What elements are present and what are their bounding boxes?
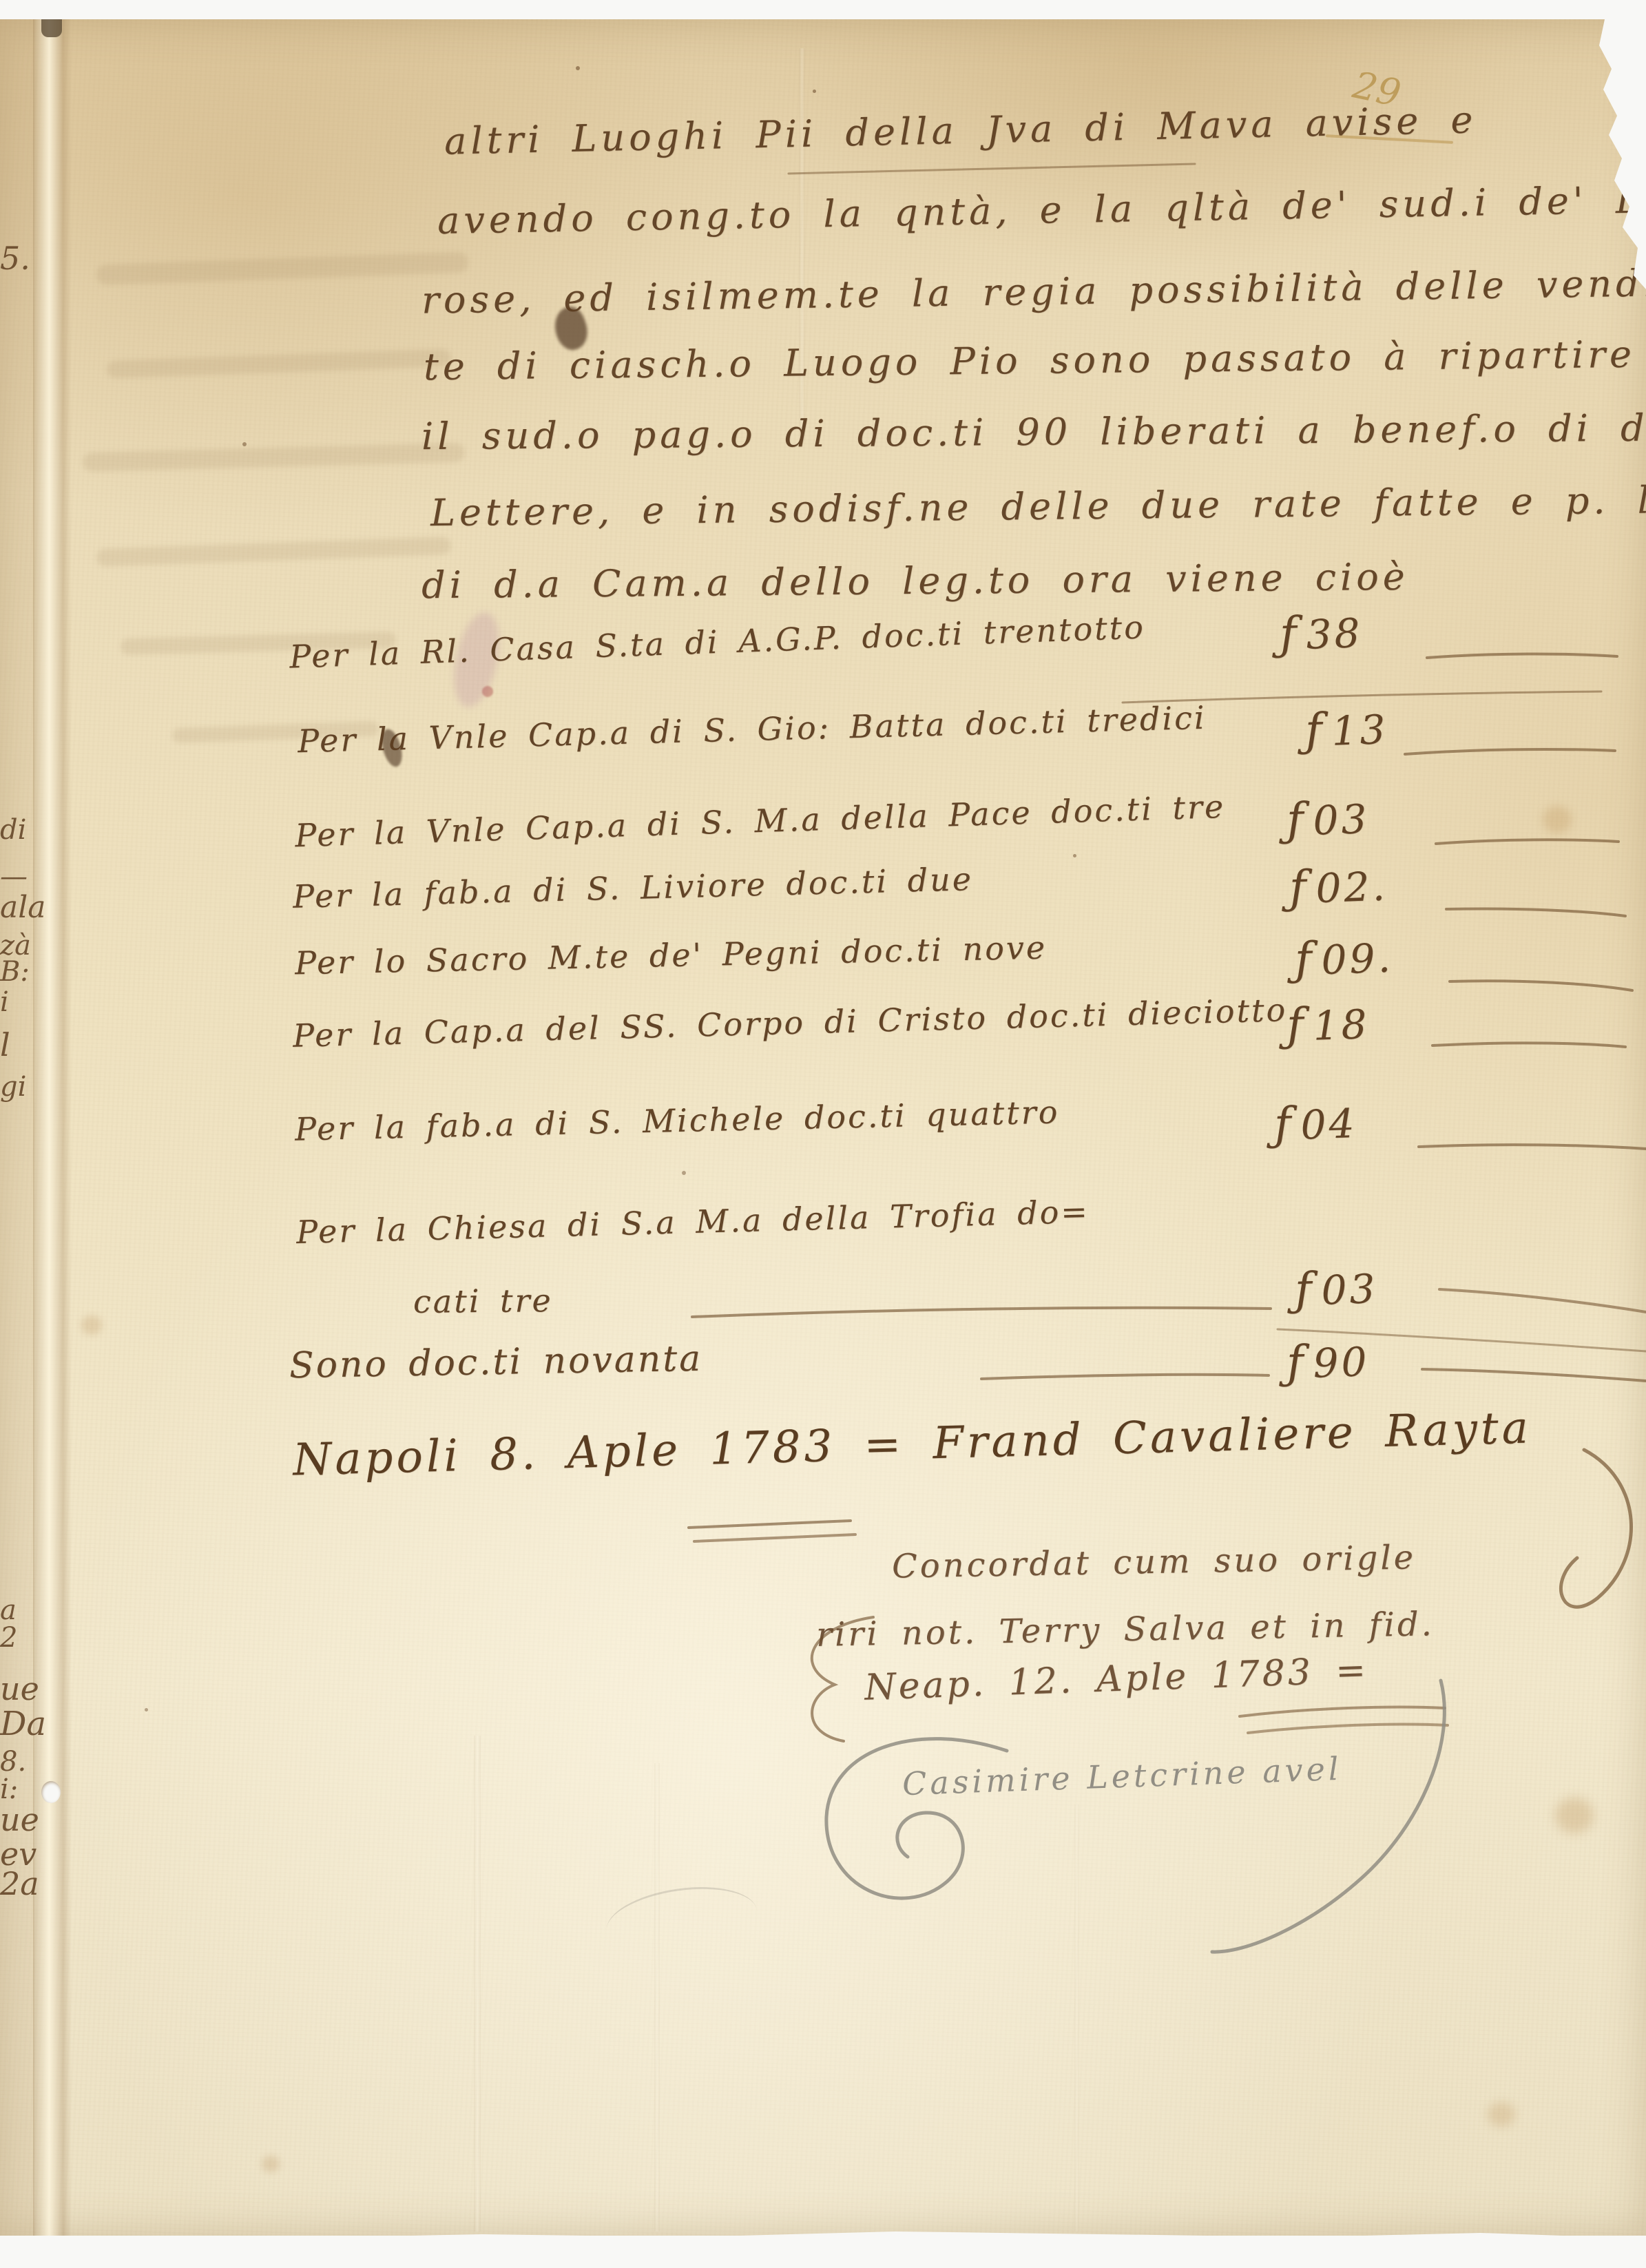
fold-crease [1074,1804,1079,2231]
fold-crease [474,1736,481,2231]
florin-symbol: ƒ [1294,933,1315,986]
florin-symbol: ƒ [1273,1097,1295,1151]
ledger-entry-amount: ƒ13 [1304,701,1389,757]
bottom-edge-wave [0,2231,1646,2268]
florin-symbol: ƒ [1286,998,1307,1052]
florin-symbol: ƒ [1286,793,1307,846]
ledger-entry-amount: ƒ04 [1273,1095,1358,1151]
florin-symbol: ƒ [1304,703,1326,757]
paper-speck [145,1708,148,1712]
ledger-entry-amount: ƒ02. [1289,858,1388,915]
foxing-spot [1488,2102,1515,2127]
scan-canvas: 5. di — ala zà B: i l gi a 2 ue Da 8. i:… [0,0,1646,2268]
margin-fragment: Da [0,1705,50,1743]
foxing-spot [1543,806,1572,833]
paper-speck [813,90,816,93]
amount-value: 90 [1312,1338,1370,1387]
florin-symbol: ƒ [1286,1335,1307,1389]
margin-fragment: gi [0,1071,50,1103]
foxing-spot [81,1315,102,1335]
margin-fragment: di [0,814,50,846]
ledger-entry-amount: ƒ03 [1294,1260,1379,1316]
margin-fragment: — [0,861,50,893]
fold-crease [654,1763,660,2231]
scan-margin-top [0,0,1646,19]
margin-fragment: ue [0,1670,50,1707]
body-line: di d.a Cam.a dello leg.to ora viene cioè [421,555,1409,607]
total-amount: ƒ90 [1286,1333,1371,1389]
florin-symbol: ƒ [1279,607,1300,660]
margin-fragment: 5. [0,240,50,277]
margin-fragment: i [0,986,50,1018]
ledger-entry-amount: ƒ09. [1294,930,1394,986]
margin-fragment: ala [0,890,50,925]
ledger-entry-label-continued: cati tre [413,1282,553,1320]
amount-value: 38 [1305,610,1363,658]
binding-notch [41,19,62,37]
margin-fragment: l [0,1026,50,1063]
paper-speck [682,1171,686,1175]
amount-value: 09. [1320,935,1394,984]
amount-value: 18 [1312,1001,1370,1050]
margin-fragment: 2 [0,1622,50,1654]
paper-speck [242,442,247,446]
florin-symbol: ƒ [1294,1262,1315,1316]
margin-fragment: B: [0,956,50,988]
paper-speck [576,66,580,70]
amount-value: 13 [1331,706,1388,755]
ledger-entry-amount: ƒ38 [1279,605,1364,660]
ink-stain [482,686,493,697]
amount-value: 03 [1320,1265,1378,1314]
ledger-entry-amount: ƒ03 [1286,791,1371,846]
foxing-spot [1555,1798,1594,1833]
margin-fragment: 2a [0,1865,50,1902]
body-line: il sud.o pag.o di doc.ti 90 liberati a b… [421,405,1646,458]
amount-value: 02. [1315,863,1388,913]
worm-hole [41,1781,61,1803]
foxing-spot [262,2156,280,2172]
adjacent-page-edge [0,19,34,2236]
paper-speck [1073,854,1076,857]
total-label: Sono doc.ti novanta [289,1338,703,1386]
amount-value: 04 [1300,1100,1357,1149]
gutter-crease [33,19,72,2236]
margin-fragment: ue [0,1801,50,1838]
amount-value: 03 [1312,795,1370,844]
ledger-entry-amount: ƒ18 [1286,996,1371,1052]
florin-symbol: ƒ [1289,861,1310,915]
